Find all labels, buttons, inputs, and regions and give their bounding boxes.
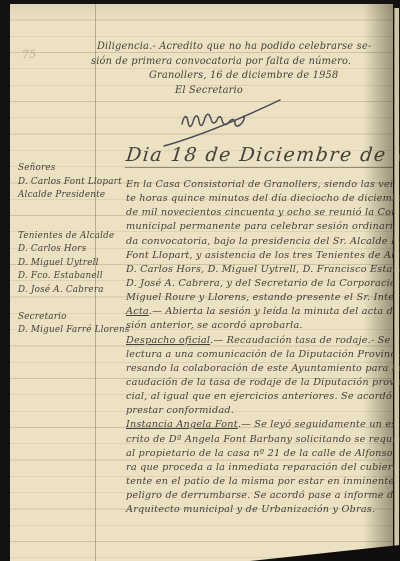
line-text: tente en el patio de la misma por estar …	[126, 476, 394, 487]
attendee-margin-line	[18, 297, 94, 311]
line-text: En la Casa Consistorial de Granollers, s…	[126, 179, 400, 190]
attendee-margin-line: D. Carlos Hors	[18, 243, 94, 257]
attendees-margin-list: Señores D. Carlos Font Llopart Alcalde P…	[18, 162, 94, 338]
attendee-margin-line: Secretario	[18, 311, 94, 325]
diligencia-note: Diligencia.- Acredito que no ha podido c…	[97, 40, 371, 98]
line-text: resando la colaboración de este Ayuntami…	[126, 363, 400, 374]
minutes-text-line: tente en el patio de la misma por estar …	[126, 475, 394, 489]
diligencia-line-2: sión de primera convocatoria por falta d…	[91, 55, 371, 70]
line-text: .— Abierta la sesión y leída la minuta d…	[149, 306, 400, 317]
minutes-text-line: Arquitecto municipal y de Urbanización y…	[126, 503, 394, 517]
line-text: Arquitecto municipal y de Urbanización y…	[126, 504, 375, 515]
underlined-heading: Instancia Angela Font	[126, 419, 238, 430]
line-text: D. José A. Cabrera, y del Secretario de …	[126, 278, 400, 289]
minutes-text-line: da convocatoria, bajo la presidencia del…	[126, 235, 394, 249]
minutes-text-line: D. José A. Cabrera, y del Secretario de …	[126, 277, 394, 291]
place-date-line: Granollers, 16 de diciembre de 1958	[149, 69, 371, 84]
line-text: te horas quince minutos del día diecioch…	[126, 193, 400, 204]
line-text: municipal permanente para celebrar sesió…	[126, 221, 400, 232]
line-text: caudación de la tasa de rodaje de la Dip…	[126, 377, 400, 388]
minutes-text-line: caudación de la tasa de rodaje de la Dip…	[126, 376, 394, 390]
attendee-margin-line: D. Miguel Uytrell	[18, 257, 94, 271]
line-text: lectura a una comunicación de la Diputac…	[126, 349, 400, 360]
minutes-text-line: Acta.— Abierta la sesión y leída la minu…	[126, 305, 394, 319]
minutes-text-line: peligro de derrumbarse. Se acordó pase a…	[126, 489, 394, 503]
underlined-heading: Acta	[126, 306, 149, 317]
minutes-text-line: resando la colaboración de este Ayuntami…	[126, 362, 394, 376]
line-text: sión anterior, se acordó aprobarla.	[126, 320, 303, 331]
line-text: peligro de derrumbarse. Se acordó pase a…	[126, 490, 400, 501]
line-text: crito de Dª Angela Font Barbany solicita…	[126, 434, 400, 445]
line-text: D. Carlos Hors, D. Miguel Uytrell, D. Fr…	[126, 264, 400, 275]
minutes-text-line: Font Llopart, y asistencia de los tres T…	[126, 249, 394, 263]
attendee-margin-line: D. Carlos Font Llopart	[18, 176, 94, 190]
line-text: ra que proceda a la inmediata reparación…	[126, 462, 400, 473]
book-pages-edge	[394, 8, 399, 555]
line-text: .— Recaudación tasa de rodaje.- Se dió	[210, 335, 400, 346]
notebook-page: 75 Diligencia.- Acredito que no ha podid…	[10, 4, 393, 561]
minutes-text-line: te horas quince minutos del día diecioch…	[126, 192, 394, 206]
diligencia-line-1: Diligencia.- Acredito que no ha podido c…	[97, 40, 371, 55]
faint-page-number: 75	[22, 48, 37, 62]
attendee-margin-line: Alcalde Presidente	[18, 189, 94, 203]
line-text: cial, al igual que en ejercicios anterio…	[126, 391, 392, 402]
attendee-margin-line: D. Miguel Farré Llorens	[18, 324, 94, 338]
minutes-text-line: Miguel Roure y Llorens, estando presente…	[126, 291, 394, 305]
minutes-text-line: ra que proceda a la inmediata reparación…	[126, 461, 394, 475]
minutes-text-line: Despacho oficial.— Recaudación tasa de r…	[126, 334, 394, 348]
attendee-margin-line	[18, 216, 94, 230]
scanned-minutes-page: { "colors": { "paper": "#ece2c3", "ink":…	[0, 0, 400, 561]
session-minutes-body: En la Casa Consistorial de Granollers, s…	[126, 178, 394, 517]
line-text: al propietario de la casa nº 21 de la ca…	[126, 448, 400, 459]
underlined-heading: Despacho oficial	[126, 335, 210, 346]
session-date-title: Dia 18 de Diciembre de 1958	[125, 144, 400, 168]
minutes-text-line: sión anterior, se acordó aprobarla.	[126, 319, 394, 333]
line-text: prestar conformidad.	[126, 405, 234, 416]
minutes-text-line: D. Carlos Hors, D. Miguel Uytrell, D. Fr…	[126, 263, 394, 277]
line-text: da convocatoria, bajo la presidencia del…	[126, 236, 400, 247]
minutes-text-line: de mil novecientos cincuenta y ocho se r…	[126, 206, 394, 220]
minutes-text-line: En la Casa Consistorial de Granollers, s…	[126, 178, 394, 192]
attendee-margin-line: D. Fco. Estabanell	[18, 270, 94, 284]
margin-rule-line	[95, 4, 96, 561]
minutes-text-line: lectura a una comunicación de la Diputac…	[126, 348, 394, 362]
attendee-margin-line: Señores	[18, 162, 94, 176]
line-text: Font Llopart, y asistencia de los tres T…	[126, 250, 400, 261]
line-text: .— Se leyó seguidamente un es-	[238, 419, 400, 430]
attendee-margin-line: Tenientes de Alcalde	[18, 230, 94, 244]
minutes-text-line: crito de Dª Angela Font Barbany solicita…	[126, 433, 394, 447]
minutes-text-line: municipal permanente para celebrar sesió…	[126, 220, 394, 234]
minutes-text-line: al propietario de la casa nº 21 de la ca…	[126, 447, 394, 461]
attendee-margin-line	[18, 203, 94, 217]
minutes-text-line: Instancia Angela Font.— Se leyó seguidam…	[126, 418, 394, 432]
line-text: Miguel Roure y Llorens, estando presente…	[126, 292, 400, 303]
minutes-text-line: prestar conformidad.	[126, 404, 394, 418]
attendee-margin-line: D. José A. Cabrera	[18, 284, 94, 298]
minutes-text-line: cial, al igual que en ejercicios anterio…	[126, 390, 394, 404]
line-text: de mil novecientos cincuenta y ocho se r…	[126, 207, 400, 218]
